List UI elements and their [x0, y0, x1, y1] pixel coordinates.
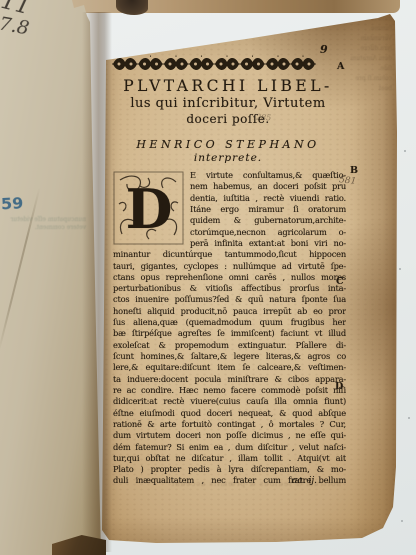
body-line: rationē & arte fortuitò contingat , ô mo…	[113, 419, 346, 430]
bleedthrough-line: ſumme. Verumtam	[346, 24, 392, 44]
backdrop-speck	[404, 150, 406, 152]
body-line: ctans opus reprehenſione omni carēs , nu…	[113, 272, 346, 283]
body-line: ctorúmque,necnon agricolarum o-	[190, 227, 346, 238]
body-line: dentia, iuſtitia , rectè viuendi ratio.	[190, 193, 346, 204]
body-line: ſcunt homines,& ſaltare,& legere literas…	[113, 351, 346, 362]
headpiece-ornament	[112, 54, 316, 74]
signature-mark: aa. ij.	[113, 476, 317, 486]
body-line: exoleſcat & propemodum extinguatur. Pſal…	[113, 340, 346, 351]
body-line: perā infinita extant:at boni viri no-	[190, 238, 346, 249]
backdrop-speck	[401, 520, 403, 522]
body-line: quidem & gubernatorum,archite-	[190, 215, 346, 226]
body-line: minantur dicuntúrque tantummodo,ſicut hi…	[113, 249, 346, 260]
body-line: bæ ſtirpéſque agreſtes ſe immiſcent) fac…	[113, 328, 346, 339]
backdrop-speck	[399, 268, 401, 270]
bleedthrough-line: vetere comment.	[2, 224, 86, 232]
title-line-2: lus qui inſcribitur, Virtutem	[110, 96, 346, 111]
body-line: nem habemus, an doceri poſsit pru	[190, 181, 346, 192]
handwritten-inscription-below: 7.8	[0, 13, 31, 40]
bleedthrough-right-margin: dum inter mar ſumme. Verumtam lyra diſcr…	[346, 14, 392, 94]
body-line: re ac condire. Hæc nemo facere commodè p…	[113, 385, 346, 396]
page-number: 9	[320, 43, 328, 56]
translator-subheading: interprete.	[110, 152, 346, 164]
book-page: PLVTARCHI LIB. 9 A B C D 581 285 PLVTARC…	[96, 12, 397, 549]
body-line: ta induere:docent pocula miniſtrare & ci…	[113, 374, 346, 385]
body-line: E virtute conſultamus,& quæſtio-	[190, 170, 346, 181]
drop-cap-initial: D	[113, 171, 184, 245]
translator-heading: HENRICO STEPHANO	[110, 138, 346, 151]
margin-letter-b: B	[350, 165, 358, 176]
body-line: tauri, gigantes, cyclopes : nullúmque ad…	[113, 261, 346, 272]
body-line: ctos inuenire poſſumus?ſed & quū natura …	[113, 294, 346, 305]
body-line: éſtne eiuſmodi quod doceri nequeat, & qu…	[113, 408, 346, 419]
body-text: D E virtute conſultamus,& quæſtio- nem h…	[113, 170, 346, 487]
body-line: honeſti aliquid producit,nō pauca irrepū…	[113, 306, 346, 317]
title-line-1: PLVTARCHI LIBEL-	[110, 77, 346, 95]
body-line: ſus aliena,quæ (quemadmodum quum frugibu…	[113, 317, 346, 328]
marginal-annotation: 581	[339, 175, 357, 187]
body-line: dum virtutem doceri non poſſe dicimus , …	[113, 430, 346, 441]
bleedthrough-line: colum ſi pre beat	[346, 74, 392, 94]
flyleaf-bleedthrough: nuncupatum eſſe videtur vetere comment.	[2, 216, 86, 232]
title-line-3: doceri poſſe.	[110, 112, 346, 126]
shelf-stamp-number: 59	[1, 193, 24, 213]
bleedthrough-line: lyra diſcre	[346, 44, 392, 54]
bleedthrough-line: dem Auratum ſide	[346, 54, 392, 74]
bleedthrough-line: nuncupatum eſſe videtur	[2, 216, 86, 224]
body-line: dém fatemur? Si enim ea , dum diſcitur ,…	[113, 442, 346, 453]
svg-text:D: D	[126, 177, 173, 241]
body-line: didicerit:at rectè viuere(cuius cauſa il…	[113, 396, 346, 407]
body-line: perturbationibus & vitioſis affectibus p…	[113, 283, 346, 294]
backdrop-speck	[408, 417, 410, 419]
margin-letter-a: A	[337, 61, 344, 72]
body-line: tur,qui obſtat ne diſcatur , illam tolli…	[113, 453, 346, 464]
body-line: lere,& equitare:diſcunt item ſe calceare…	[113, 362, 346, 373]
body-line: Plato ) propter pedis à lyra diſcrepanti…	[113, 464, 346, 475]
body-line: Itáne ergo miramur ſi oratorum	[190, 204, 346, 215]
